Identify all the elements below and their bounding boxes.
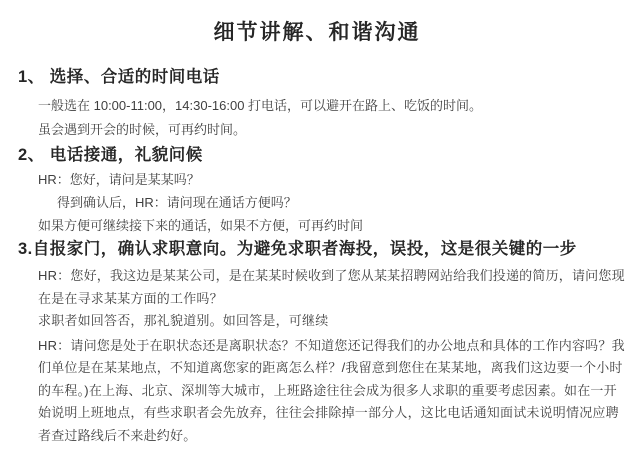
section-2-line-2: 得到确认后，HR：请问现在通话方便吗？ [57,194,628,211]
section-2-heading: 2、 电话接通，礼貌问候 [18,145,626,165]
section-3-paragraph-3: HR：请问您是处于在职状态还是离职状态？不知道您还记得我们的办公地点和具体的工作… [38,335,629,448]
section-1-line-1: 一般选在 10:00-11:00，14:30-16:00 打电话，可以避开在路上… [38,97,628,114]
section-1-heading: 1、 选择、合适的时间电话 [18,67,626,87]
section-3-heading: 3.自报家门，确认求职意向。为避免求职者海投，误投，这是很关键的一步 [18,239,626,259]
section-3-paragraph-2: 求职者如回答否，那礼貌道别。如回答是，可继续 [38,310,629,333]
section-2-line-3: 如果方便可继续接下来的通话，如果不方便，可再约时间 [38,217,628,234]
section-3-paragraph-1: HR：您好，我这边是某某公司，是在某某时候收到了您从某某招聘网站给我们投递的简历… [38,265,629,310]
document-page: 细节讲解、和谐沟通 1、 选择、合适的时间电话 一般选在 10:00-11:00… [0,0,634,454]
page-title: 细节讲解、和谐沟通 [0,0,634,46]
section-2-line-1: HR：您好，请问是某某吗？ [38,171,628,188]
section-1-line-2: 虽会遇到开会的时候，可再约时间。 [38,121,628,138]
